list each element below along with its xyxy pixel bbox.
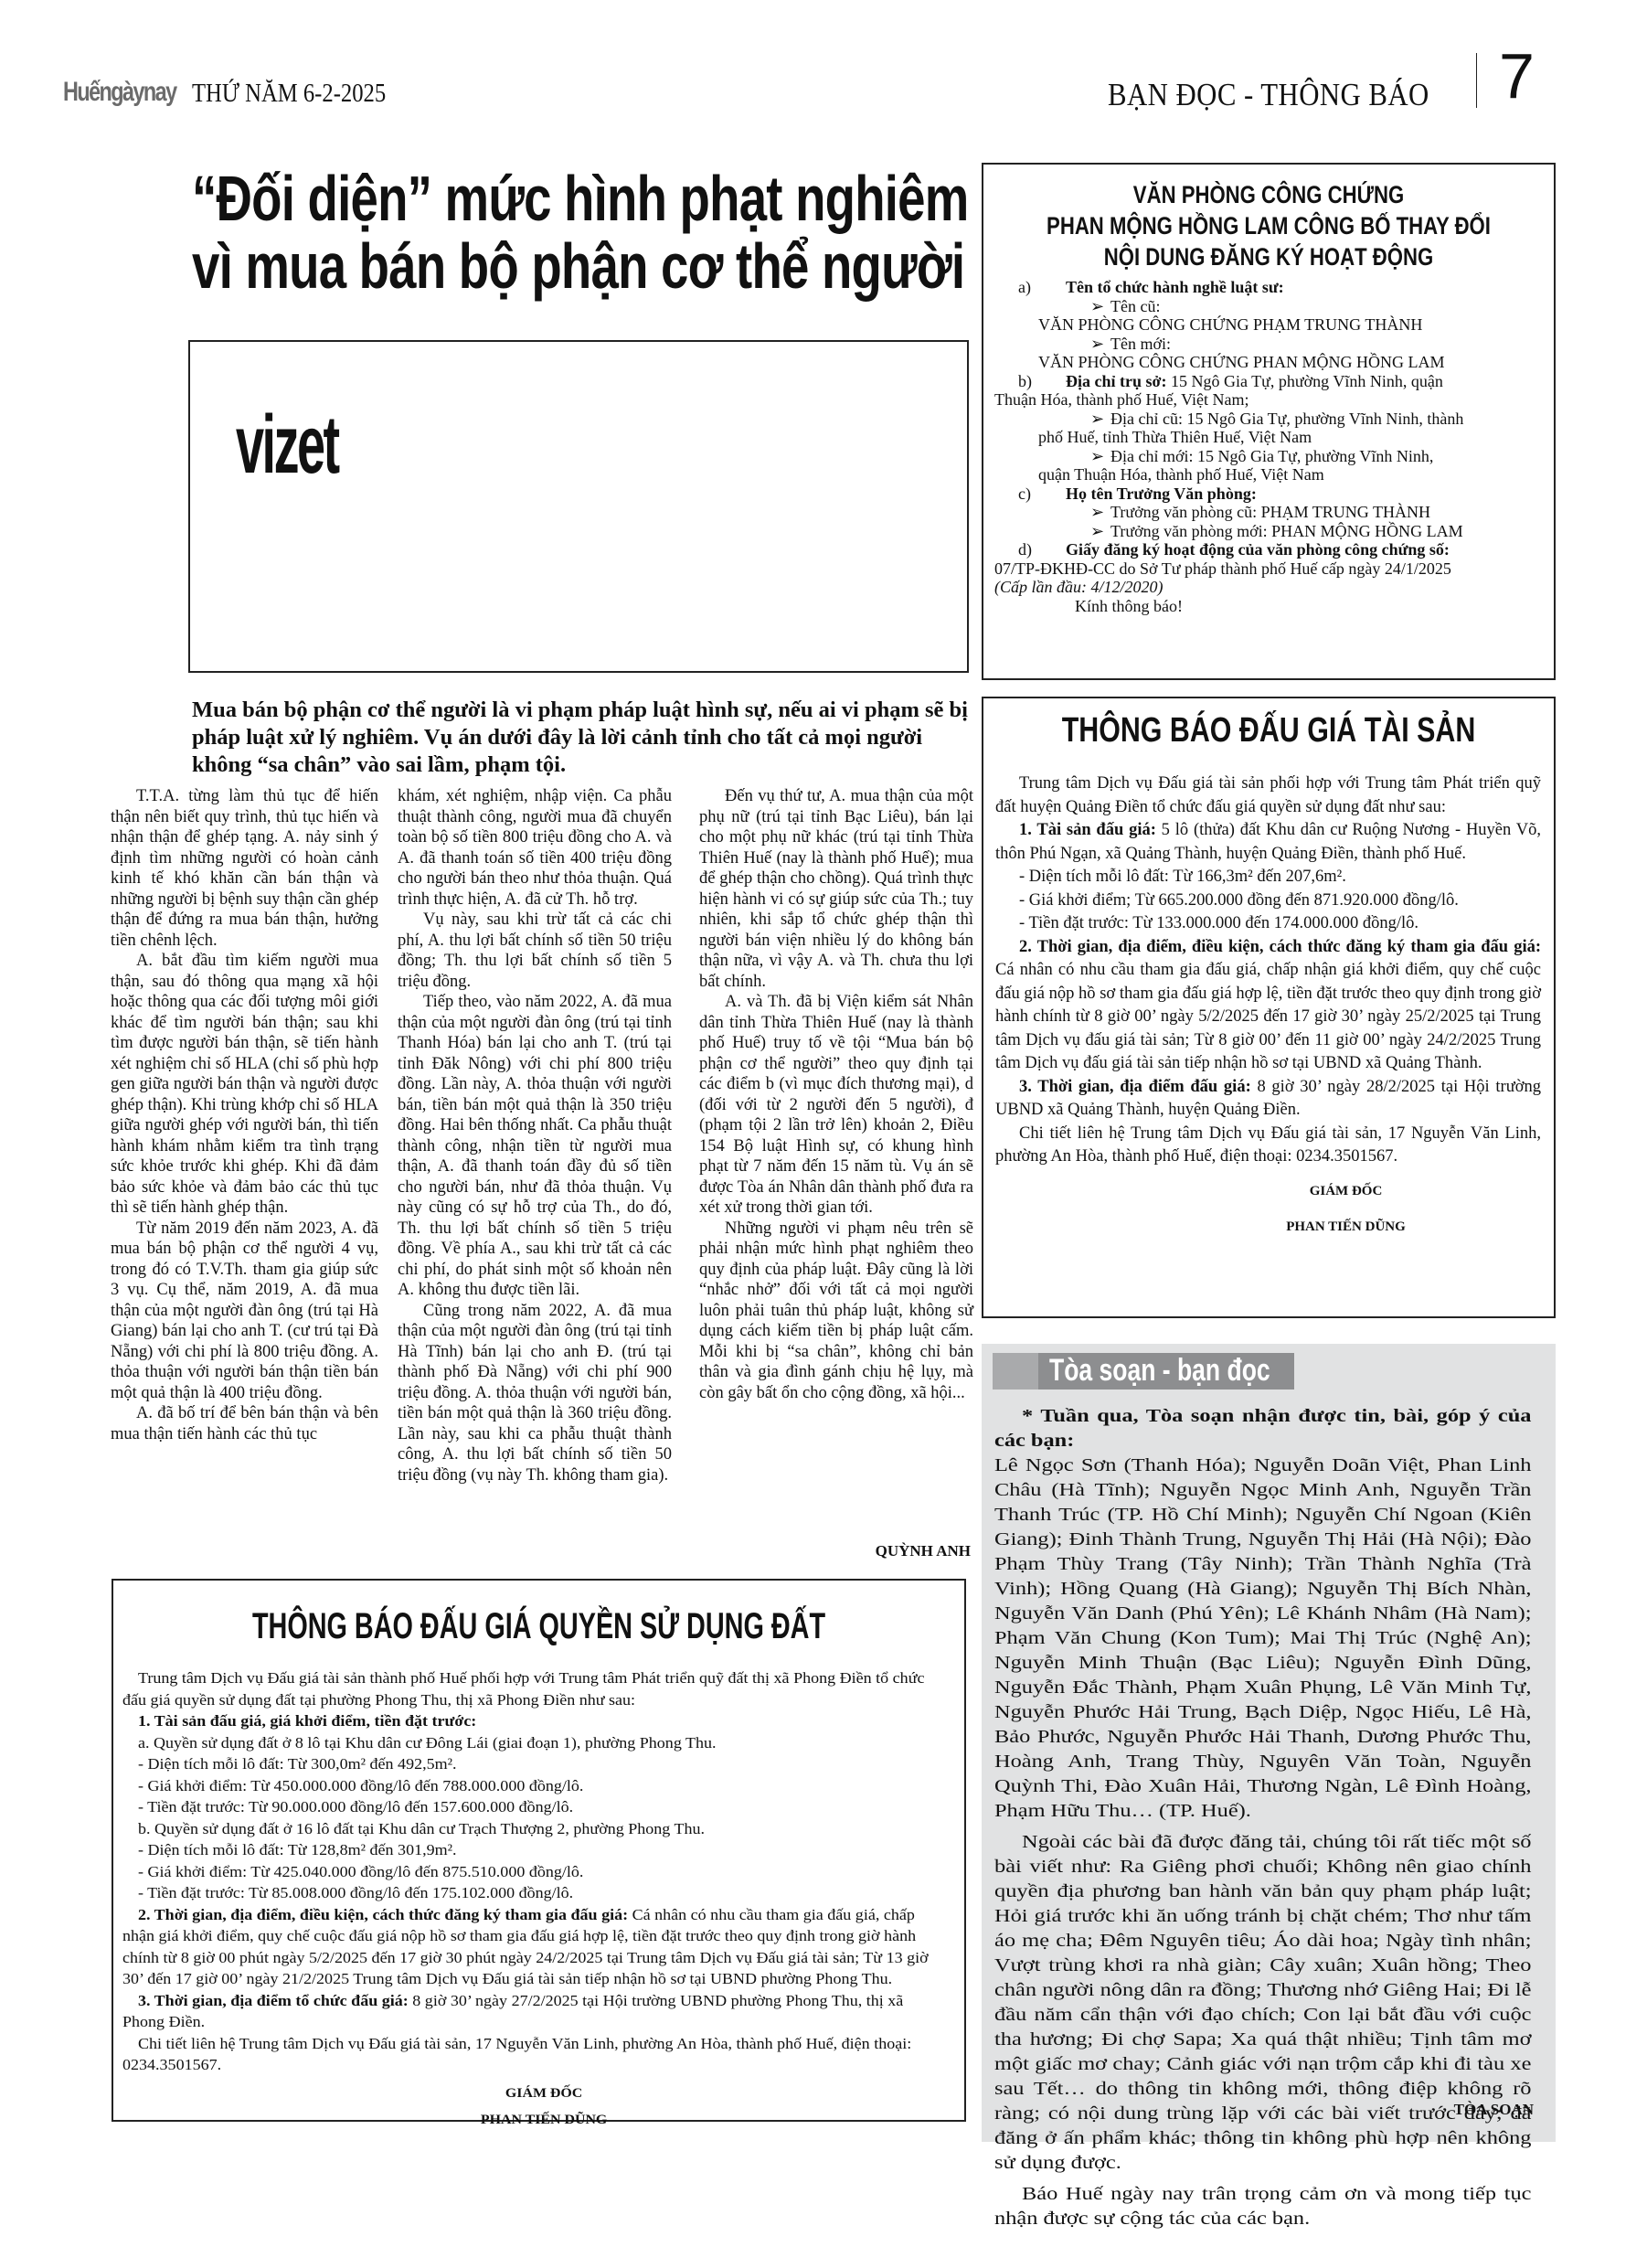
article-headline: “Đối diện” mức hình phạt nghiêm vì mua b…: [192, 165, 976, 300]
asset-auction-box: THÔNG BÁO ĐẤU GIÁ TÀI SẢN Trung tâm Dịch…: [982, 697, 1556, 1318]
signer-title: GIÁM ĐỐC: [122, 2083, 946, 2105]
article-column-3: Đến vụ thứ tư, A. mua thận của một phụ n…: [699, 786, 973, 1403]
contact: Chi tiết liên hệ Trung tâm Dịch vụ Đấu g…: [122, 2033, 946, 2076]
lot-b-price: - Giá khởi điểm: Từ 425.040.000 đồng/lô …: [122, 1861, 946, 1883]
rejected-articles: Ngoài các bài đã được đăng tải, chúng tô…: [994, 1830, 1532, 2176]
paragraph: T.T.A. từng làm thủ tục để hiến thận nên…: [111, 786, 378, 951]
paragraph: A. bắt đầu tìm kiếm người mua thận, sau …: [111, 951, 378, 1219]
page-number: 7: [1499, 44, 1535, 108]
start-price: - Giá khởi điểm; Từ 665.200.000 đồng đến…: [995, 889, 1541, 913]
headline-line-1: “Đối diện” mức hình phạt nghiêm: [192, 165, 976, 232]
old-address: Địa chỉ cũ: 15 Ngô Gia Tự, phường Vĩnh N…: [1110, 410, 1463, 428]
masthead-logo: Huếngàynay: [63, 77, 176, 108]
field-label: Họ tên Trưởng Văn phòng:: [1066, 484, 1257, 503]
arrow-bullet-icon: ➢: [1090, 335, 1110, 354]
title-line: NỘI DUNG ĐĂNG KÝ HOẠT ĐỘNG: [1035, 241, 1503, 272]
section-label: BẠN ĐỌC - THÔNG BÁO: [1108, 77, 1429, 113]
arrow-bullet-icon: ➢: [1090, 410, 1110, 429]
arrow-bullet-icon: ➢: [1090, 297, 1110, 316]
old-head: Trưởng văn phòng cũ: PHẠM TRUNG THÀNH: [1110, 503, 1430, 521]
item-label: 2. Thời gian, địa điểm, điều kiện, cách …: [138, 1906, 628, 1923]
lot-b-area: - Diện tích mỗi lô đất: Từ 128,8m² đến 3…: [122, 1839, 946, 1861]
paragraph: A. đã bố trí để bên bán thận và bên mua …: [111, 1403, 378, 1444]
article-byline: QUỲNH ANH: [876, 1542, 971, 1560]
item-label: 1. Tài sản đấu giá, giá khởi điểm, tiền …: [138, 1712, 476, 1730]
deposit: - Tiền đặt trước: Từ 133.000.000 đến 174…: [995, 912, 1541, 936]
paragraph: Vụ này, sau khi trừ tất cả các chi phí, …: [398, 910, 672, 992]
new-address: Địa chỉ mới: 15 Ngô Gia Tự, phường Vĩnh …: [1110, 447, 1433, 465]
intro: Trung tâm Dịch vụ Đấu giá tài sản phối h…: [995, 772, 1541, 819]
field-value: Thuận Hóa, thành phố Huế, Việt Nam;: [994, 390, 1541, 410]
issue-date: THỨ NĂM 6-2-2025: [192, 79, 386, 109]
photo-watermark: vizet: [236, 399, 338, 493]
registration-number: 07/TP-ĐKHĐ-CC do Sở Tư pháp thành phố Hu…: [994, 559, 1541, 579]
list-marker: a): [1018, 278, 1066, 297]
thanks: Báo Huế ngày nay trân trọng cảm ơn và mo…: [994, 2182, 1532, 2231]
readers-box-signature: TÒA SOẠN: [1454, 2101, 1534, 2119]
paragraph: Tiếp theo, vào năm 2022, A. đã mua thận …: [398, 992, 672, 1301]
header-divider: [1476, 53, 1477, 108]
asset-auction-title: THÔNG BÁO ĐẤU GIÁ TÀI SẢN: [1040, 711, 1496, 751]
paragraph: Những người vi phạm nêu trên sẽ phải nhậ…: [699, 1219, 973, 1404]
land-auction-box: THÔNG BÁO ĐẤU GIÁ QUYỀN SỬ DỤNG ĐẤT Trun…: [112, 1579, 966, 2122]
field-label: Giấy đăng ký hoạt động của văn phòng côn…: [1066, 540, 1450, 559]
field-value: 15 Ngô Gia Tự, phường Vĩnh Ninh, quận: [1166, 372, 1442, 390]
area: - Diện tích mỗi lô đất: Từ 166,3m² đến 2…: [995, 866, 1541, 889]
paragraph: Cũng trong năm 2022, A. đã mua thận của …: [398, 1301, 672, 1486]
arrow-bullet-icon: ➢: [1090, 503, 1110, 522]
field-label: Tên cũ:: [1110, 297, 1160, 315]
field-label: Tên tổ chức hành nghề luật sư:: [1066, 278, 1284, 296]
article-column-2: khám, xét nghiệm, nhập viện. Ca phẫu thu…: [398, 786, 672, 1485]
paragraph: A. và Th. đã bị Viện kiểm sát Nhân dân t…: [699, 992, 973, 1219]
readers-box: Tòa soạn - bạn đọc * Tuần qua, Tòa soạn …: [982, 1344, 1556, 2142]
new-name: VĂN PHÒNG CÔNG CHỨNG PHAN MỘNG HỒNG LAM: [994, 353, 1541, 372]
list-marker: d): [1018, 540, 1066, 559]
old-address: phố Huế, tỉnh Thừa Thiên Huế, Việt Nam: [994, 428, 1541, 447]
closing: Kính thông báo!: [994, 597, 1541, 616]
list-marker: b): [1018, 372, 1066, 391]
lot-b-title: b. Quyền sử dụng đất ở 16 lô đất tại Khu…: [122, 1818, 946, 1840]
notary-notice-box: VĂN PHÒNG CÔNG CHỨNG PHAN MỘNG HỒNG LAM …: [982, 163, 1556, 680]
lot-a-area: - Diện tích mỗi lô đất: Từ 300,0m² đến 4…: [122, 1753, 946, 1775]
lot-a-deposit: - Tiền đặt trước: Từ 90.000.000 đồng/lô …: [122, 1796, 946, 1818]
land-auction-body: Trung tâm Dịch vụ Đấu giá tài sản thành …: [113, 1647, 964, 2132]
item-label: 3. Thời gian, địa điểm đấu giá:: [1019, 1078, 1251, 1096]
notary-notice-body: a)Tên tổ chức hành nghề luật sư: ➢Tên cũ…: [983, 272, 1554, 615]
first-issue-date: (Cấp lần đầu: 4/12/2020): [994, 578, 1164, 596]
paragraph: khám, xét nghiệm, nhập viện. Ca phẫu thu…: [398, 786, 672, 910]
notary-notice-title: VĂN PHÒNG CÔNG CHỨNG PHAN MỘNG HỒNG LAM …: [1035, 179, 1503, 272]
headline-line-2: vì mua bán bộ phận cơ thể người: [192, 232, 976, 300]
item-text: Cá nhân có nhu cầu tham gia đấu giá, chấ…: [995, 961, 1541, 1072]
article-lead: Mua bán bộ phận cơ thể người là vi phạm …: [192, 697, 978, 779]
land-auction-title: THÔNG BÁO ĐẤU GIÁ QUYỀN SỬ DỤNG ĐẤT: [232, 1606, 845, 1647]
readers-box-tab-accent: [993, 1353, 1038, 1390]
arrow-bullet-icon: ➢: [1090, 447, 1110, 466]
signer-title: GIÁM ĐỐC: [995, 1180, 1541, 1204]
readers-box-title: Tòa soạn - bạn đọc: [1049, 1353, 1270, 1389]
title-line: PHAN MỘNG HỒNG LAM CÔNG BỐ THAY ĐỔI: [1035, 210, 1503, 241]
lead-label: * Tuần qua, Tòa soạn nhận được tin, bài,…: [994, 1407, 1532, 1451]
article-photo: vizet: [188, 340, 969, 673]
paragraph: Đến vụ thứ tư, A. mua thận của một phụ n…: [699, 786, 973, 992]
field-label: Địa chỉ trụ sở:: [1066, 372, 1166, 390]
contact: Chi tiết liên hệ Trung tâm Dịch vụ Đấu g…: [995, 1123, 1541, 1169]
new-address: quận Thuận Hóa, thành phố Huế, Việt Nam: [994, 465, 1541, 484]
article-column-1: T.T.A. từng làm thủ tục để hiến thận nên…: [111, 786, 378, 1444]
signer-name: PHAN TIẾN DŨNG: [995, 1216, 1541, 1240]
title-line: VĂN PHÒNG CÔNG CHỨNG: [1035, 179, 1503, 210]
lot-a-title: a. Quyền sử dụng đất ở 8 lô tại Khu dân …: [122, 1732, 946, 1754]
contributors-list: Lê Ngọc Sơn (Thanh Hóa); Nguyễn Doãn Việ…: [994, 1453, 1532, 1824]
old-name: VĂN PHÒNG CÔNG CHỨNG PHẠM TRUNG THÀNH: [994, 315, 1541, 335]
paragraph: Từ năm 2019 đến năm 2023, A. đã mua bán …: [111, 1219, 378, 1404]
readers-box-body: * Tuần qua, Tòa soạn nhận được tin, bài,…: [994, 1404, 1424, 2238]
lot-a-price: - Giá khởi điểm: Từ 450.000.000 đồng/lô …: [122, 1775, 946, 1797]
item-label: 2. Thời gian, địa điểm, điều kiện, cách …: [1019, 938, 1541, 956]
item-label: 3. Thời gian, địa điểm tổ chức đấu giá:: [138, 1992, 409, 2009]
item-label: 1. Tài sản đấu giá:: [1019, 821, 1156, 839]
field-label: Tên mới:: [1110, 335, 1171, 353]
lot-b-deposit: - Tiền đặt trước: Từ 85.008.000 đồng/lô …: [122, 1882, 946, 1904]
asset-auction-body: Trung tâm Dịch vụ Đấu giá tài sản phối h…: [983, 751, 1554, 1240]
list-marker: c): [1018, 484, 1066, 504]
arrow-bullet-icon: ➢: [1090, 522, 1110, 541]
signer-name: PHAN TIẾN DŨNG: [122, 2110, 946, 2132]
intro: Trung tâm Dịch vụ Đấu giá tài sản thành …: [122, 1667, 946, 1710]
new-head: Trưởng văn phòng mới: PHAN MỘNG HỒNG LAM: [1110, 522, 1463, 540]
